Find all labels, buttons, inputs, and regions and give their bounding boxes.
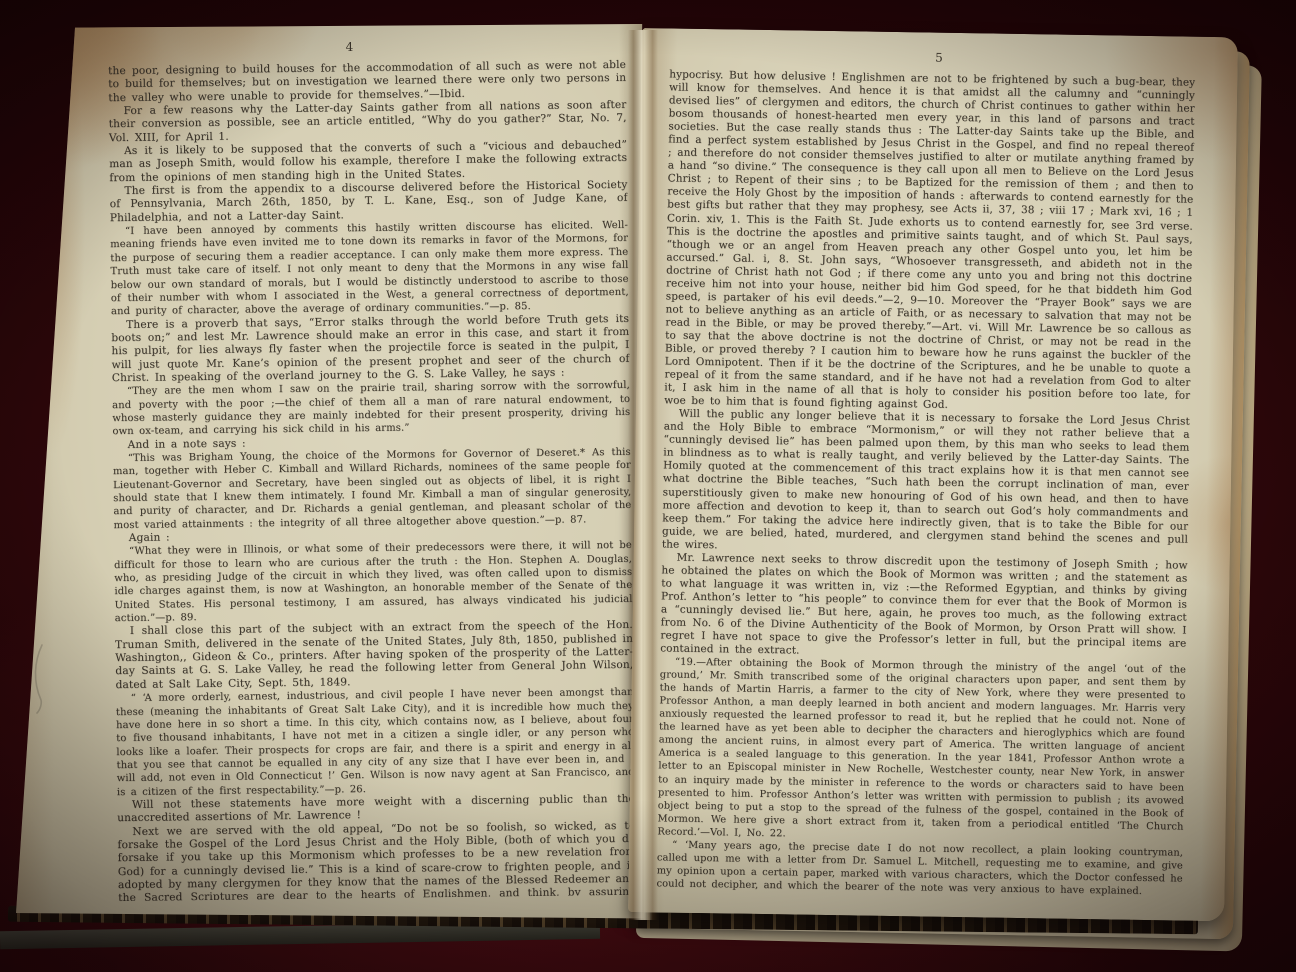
pencil-mark [30,642,48,716]
photo-background: 4 the poor, designing to build houses fo… [0,0,1296,972]
paragraph: hypocrisy. But how delusive ! Englishmen… [664,68,1195,415]
paragraph: the poor, designing to build houses for … [108,59,626,105]
paragraph: “I have been annoyed by comments this ha… [110,219,629,319]
book-gutter-fold [628,30,658,920]
page-right: 5 hypocrisy. But how delusive ! Englishm… [628,28,1238,921]
paragraph: “ ‘Many years ago, the precise date I do… [656,838,1183,898]
paragraph: For a few reasons why the Latter-day Sai… [108,99,626,145]
paragraph: “ ‘A more orderly, earnest, industrious,… [116,686,635,799]
paragraph: As it is likely to be supposed that the … [109,139,627,185]
page-left: 4 the poor, designing to build houses fo… [16,24,644,922]
paragraph: “19.—After obtaining the Book of Mormon … [657,655,1186,846]
page-number-right: 5 [641,28,1237,69]
paragraph: Mr. Lawrence next seeks to throw discred… [660,551,1188,664]
page-left-text: the poor, designing to build houses for … [108,59,636,901]
paragraph: The first is from the appendix to a disc… [109,179,627,225]
paragraph: “This was Brigham Young, the choice of t… [113,446,632,532]
paragraph: “They are the men whom I saw on the prai… [112,379,631,439]
paragraph: There is a proverb that says, “Error sta… [111,312,630,385]
page-number-left: 4 [56,24,644,54]
paragraph: “What they were in Illinois, or what som… [114,539,633,625]
paragraph: Will the public any longer believe that … [662,408,1190,560]
paragraph: I shall close this part of the subject w… [115,619,634,692]
paragraph: Next we are served with the old appeal, … [117,819,636,901]
page-right-text: hypocrisy. But how delusive ! Englishmen… [656,68,1195,914]
